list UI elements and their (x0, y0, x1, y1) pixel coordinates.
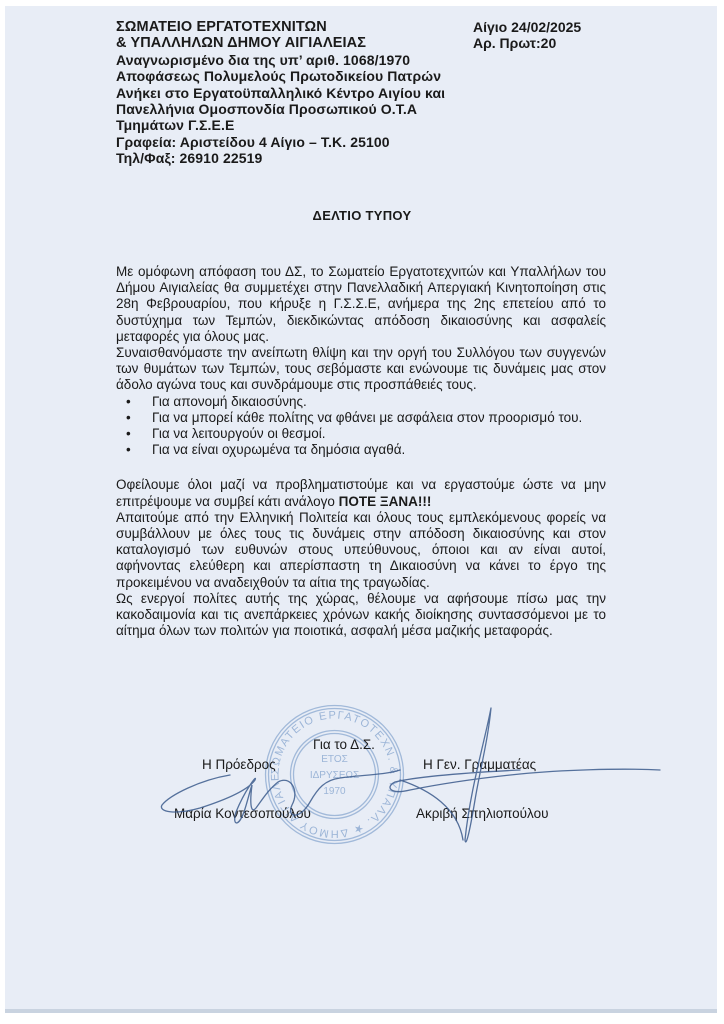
stamp-center-line: ΕΤΟΣ (321, 754, 348, 765)
list-item: Για απονομή δικαιοσύνης. (152, 394, 606, 410)
paragraph: Οφείλουμε όλοι μαζί να προβληματιστούμε … (116, 477, 606, 509)
paragraph: Ως ενεργοί πολίτες αυτής της χώρας, θέλο… (116, 591, 606, 640)
scan-edge (5, 1009, 717, 1013)
date-block: Αίγιο 24/02/2025 Αρ. Πρωτ:20 (473, 19, 581, 52)
secretary-name: Ακριβή Σπηλιοπούλου (416, 806, 549, 821)
info-line: Αποφάσεως Πολυμελούς Πρωτοδικείου Πατρών (116, 68, 445, 84)
phone-line: Τηλ/Φαξ: 26910 22519 (116, 150, 445, 166)
demands-list: Για απονομή δικαιοσύνης. Για να μπορεί κ… (116, 394, 606, 459)
org-name-line-2: & ΥΠΑΛΛΗΛΩΝ ΔΗΜΟΥ ΑΙΓΙΑΛΕΙΑΣ (116, 35, 445, 51)
stamp-center-line: ΙΔΡΥΣΕΩΣ (310, 770, 359, 781)
list-item: Για να μπορεί κάθε πολίτης να φθάνει με … (152, 410, 606, 426)
paragraph: Απαιτούμε από την Ελληνική Πολιτεία και … (116, 510, 606, 591)
paragraph: Με ομόφωνη απόφαση του ΔΣ, το Σωματείο Ε… (116, 264, 606, 345)
paragraph: Συναισθανόμαστε την ανείπωτη θλίψη και τ… (116, 345, 606, 394)
org-name-line-1: ΣΩΜΑΤΕΙΟ ΕΡΓΑΤΟΤΕΧΝΙΤΩΝ (116, 19, 445, 35)
letterhead: ΣΩΜΑΤΕΙΟ ΕΡΓΑΤΟΤΕΧΝΙΤΩΝ & ΥΠΑΛΛΗΛΩΝ ΔΗΜΟ… (116, 19, 445, 167)
info-line: Ανήκει στο Εργατοϋπαλληλικό Κέντρο Αιγίο… (116, 85, 445, 101)
protocol-number: Αρ. Πρωτ:20 (473, 35, 581, 51)
for-board-label: Για το Δ.Σ. (313, 737, 375, 752)
spacer (116, 458, 606, 477)
list-item: Για να λειτουργούν οι θεσμοί. (152, 426, 606, 442)
address-line: Γραφεία: Αριστείδου 4 Αίγιο – Τ.Κ. 25100 (116, 134, 445, 150)
info-line: Τμημάτων Γ.Σ.Ε.Ε (116, 117, 445, 133)
info-line: Αναγνωρισμένο δια της υπ’ αριθ. 1068/197… (116, 52, 445, 68)
secretary-title: Η Γεν. Γραμματέας (423, 757, 536, 772)
president-title: Η Πρόεδρος (202, 757, 276, 772)
list-item: Για να είναι οχυρωμένα τα δημόσια αγαθά. (152, 442, 606, 458)
president-name: Μαρία Κοντεσοπούλου (174, 806, 311, 821)
document-title: ΔΕΛΤΙΟ ΤΥΠΟΥ (0, 208, 724, 223)
emphasis-text: ΠΟΤΕ ΞΑΝΑ!!! (339, 494, 432, 509)
stamp-center-line: 1970 (323, 786, 346, 797)
document-date: Αίγιο 24/02/2025 (473, 19, 581, 35)
info-line: Πανελλήνια Ομοσπονδία Προσωπικού Ο.Τ.Α (116, 101, 445, 117)
union-stamp: ΣΩΜΑΤΕΙΟ ΕΡΓΑΤΟΤΕΧΝ. & ΥΠΑΛΛ. ★ ΔΗΜΟΥ ΑΙ… (262, 702, 407, 847)
press-release-body: Με ομόφωνη απόφαση του ΔΣ, το Σωματείο Ε… (116, 264, 606, 639)
